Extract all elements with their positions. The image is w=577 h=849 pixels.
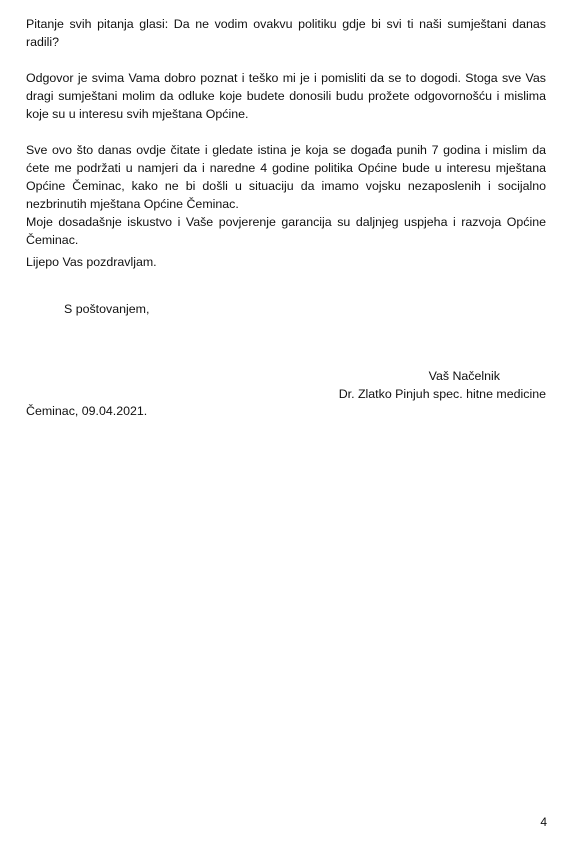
signature-title: Vaš Načelnik — [429, 367, 500, 385]
place-date: Čeminac, 09.04.2021. — [26, 402, 546, 420]
page-number: 4 — [540, 815, 547, 829]
greeting: Lijepo Vas pozdravljam. — [26, 253, 546, 271]
paragraph-1-line-2: radili? — [26, 33, 546, 51]
paragraph-1-line-1: Pitanje svih pitanja glasi: Da ne vodim … — [26, 15, 546, 33]
paragraph-2-line-3: koje su u interesu svih mještana Općine. — [26, 105, 546, 123]
paragraph-3-line-3: Općine Čeminac, kako ne bi došli u situa… — [26, 177, 546, 195]
regards: S poštovanjem, — [64, 300, 577, 318]
paragraph-3-line-6: Čeminac. — [26, 231, 546, 249]
paragraph-2-line-1: Odgovor je svima Vama dobro poznat i teš… — [26, 69, 546, 87]
paragraph-3-line-4: nezbrinutih mještana Općine Čeminac. — [26, 195, 546, 213]
signature-name: Dr. Zlatko Pinjuh spec. hitne medicine — [339, 385, 546, 403]
paragraph-3-line-2: ćete me podržati u namjeri da i naredne … — [26, 159, 546, 177]
paragraph-2-line-2: dragi sumještani molim da odluke koje bu… — [26, 87, 546, 105]
paragraph-3-line-1: Sve ovo što danas ovdje čitate i gledate… — [26, 141, 546, 159]
paragraph-3-line-5: Moje dosadašnje iskustvo i Vaše povjeren… — [26, 213, 546, 231]
